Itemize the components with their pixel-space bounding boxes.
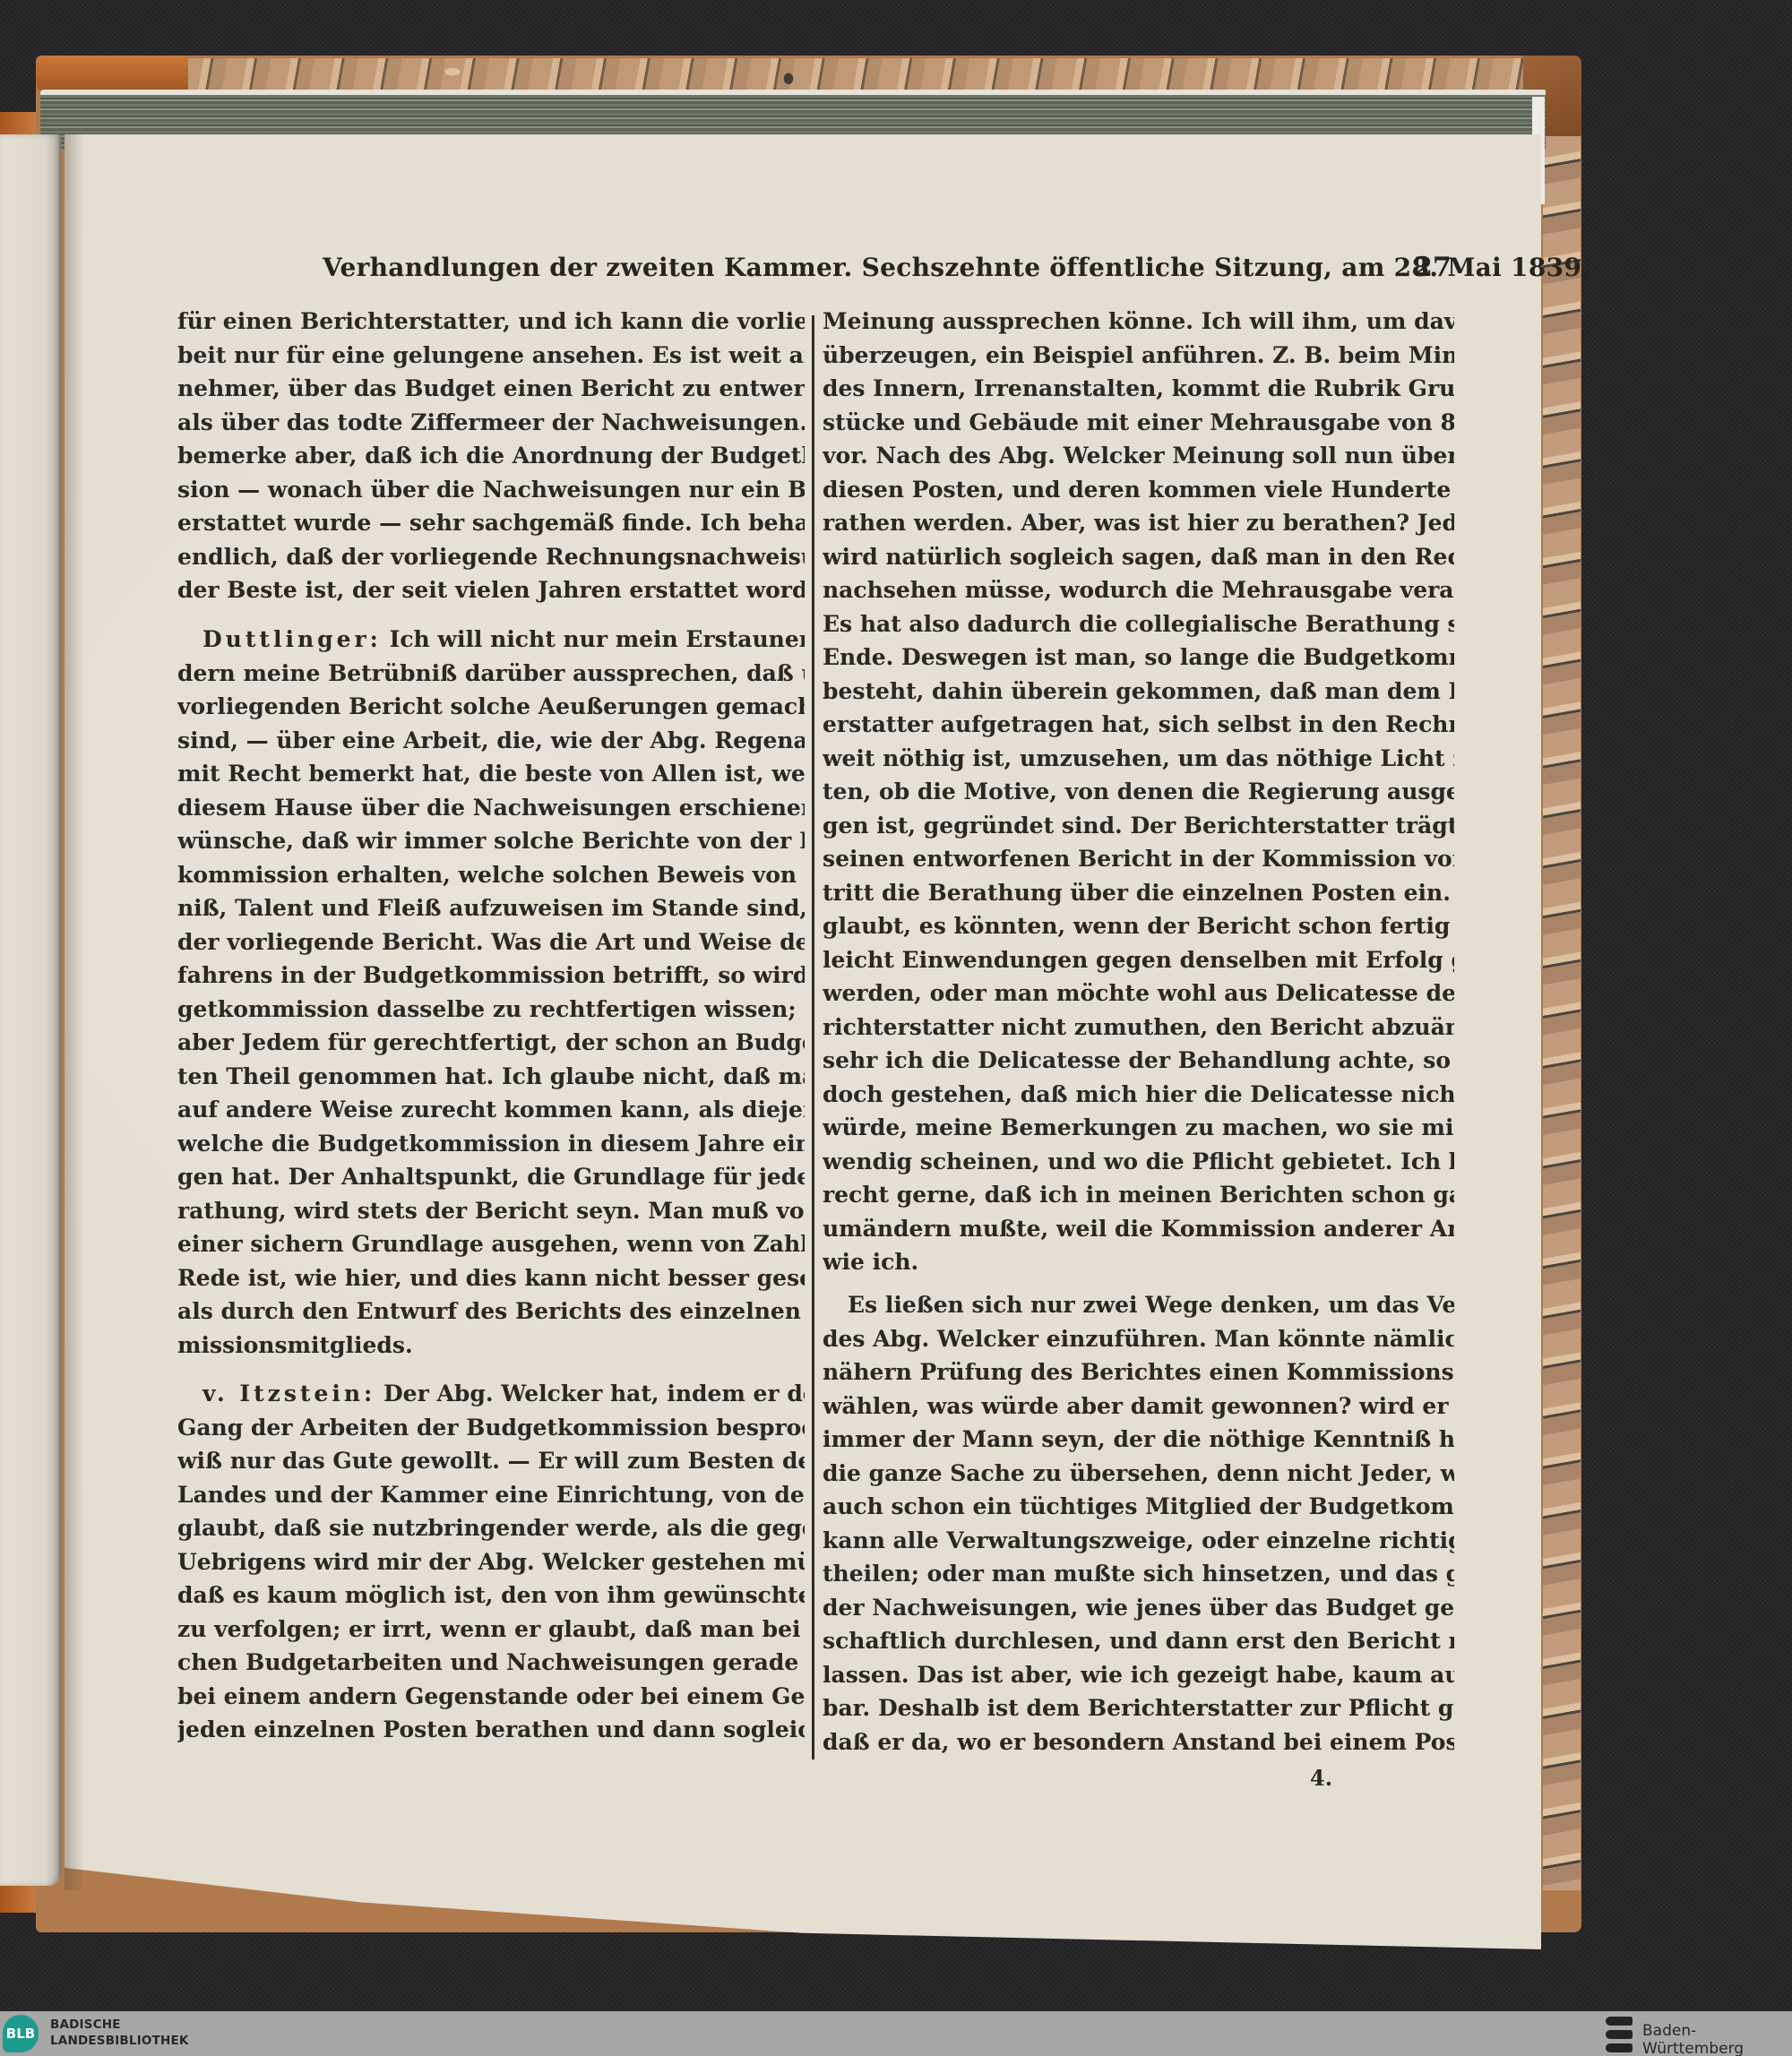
- text-line: beit nur für eine gelungene ansehen. Es …: [177, 339, 805, 372]
- text-line: kommission erhalten, welche solchen Bewe…: [177, 858, 805, 891]
- library-name-line1: BADISCHE: [50, 2017, 189, 2033]
- line-text: wiß nur das Gute gewollt. — Er will zum …: [177, 1448, 805, 1474]
- line-text: glaubt, daß sie nutzbringender werde, al…: [177, 1515, 805, 1541]
- text-line: Rede ist, wie hier, und dies kann nicht …: [177, 1261, 805, 1295]
- text-line: werden, oder man möchte wohl aus Delicat…: [823, 976, 1454, 1010]
- text-line: daß es kaum möglich ist, den von ihm gew…: [177, 1579, 805, 1612]
- text-line: Es hat also dadurch die collegialische B…: [823, 607, 1454, 641]
- text-line: chen Budgetarbeiten und Nachweisungen ge…: [177, 1646, 805, 1679]
- line-text: beit nur für eine gelungene ansehen. Es …: [177, 342, 805, 368]
- line-text: richterstatter nicht zumuthen, den Beric…: [823, 1014, 1454, 1040]
- line-text: gen hat. Der Anhaltspunkt, die Grundlage…: [177, 1164, 805, 1190]
- text-line: erstatter aufgetragen hat, sich selbst i…: [823, 708, 1454, 741]
- signature-mark: 4.: [1310, 1765, 1332, 1791]
- line-text: welche die Budgetkommission in diesem Ja…: [177, 1131, 805, 1157]
- text-line: bar. Deshalb ist dem Berichterstatter zu…: [823, 1691, 1454, 1725]
- text-line: jeden einzelnen Posten berathen und dann…: [177, 1713, 805, 1746]
- text-line: als über das todte Ziffermeer der Nachwe…: [177, 406, 805, 439]
- line-text: dern meine Betrübniß darüber aussprechen…: [177, 660, 805, 686]
- line-text: auch schon ein tüchtiges Mitglied der Bu…: [823, 1493, 1454, 1519]
- line-text: nehmer, über das Budget einen Bericht zu…: [177, 375, 805, 401]
- line-text: der Nachweisungen, wie jenes über das Bu…: [823, 1595, 1454, 1621]
- text-line: der vorliegende Bericht. Was die Art und…: [177, 925, 805, 959]
- line-text: bei einem andern Gegenstande oder bei ei…: [177, 1683, 805, 1709]
- text-line: glaubt, daß sie nutzbringender werde, al…: [177, 1511, 805, 1544]
- text-line: der Nachweisungen, wie jenes über das Bu…: [823, 1591, 1454, 1624]
- text-line: überzeugen, ein Beispiel anführen. Z. B.…: [823, 339, 1454, 372]
- text-line: diesen Posten, und deren kommen viele Hu…: [823, 473, 1454, 506]
- gutter-shadow: [65, 134, 84, 1890]
- text-line: Duttlinger: Ich will nicht nur mein Erst…: [177, 623, 805, 656]
- text-line: immer der Mann seyn, der die nöthige Ken…: [823, 1423, 1454, 1456]
- line-text: schaftlich durchlesen, und dann erst den…: [823, 1628, 1454, 1654]
- text-line: Gang der Arbeiten der Budgetkommission b…: [177, 1411, 805, 1444]
- line-text: aber Jedem für gerechtfertigt, der schon…: [177, 1029, 805, 1055]
- line-text: Landes und der Kammer eine Einrichtung, …: [177, 1482, 805, 1508]
- text-line: kann alle Verwaltungszweige, oder einzel…: [823, 1524, 1454, 1557]
- text-line: seinen entworfenen Bericht in der Kommis…: [823, 842, 1454, 875]
- text-line: schaftlich durchlesen, und dann erst den…: [823, 1624, 1454, 1657]
- line-text: der Beste ist, der seit vielen Jahren er…: [177, 577, 805, 603]
- line-text: fahrens in der Budgetkommission betrifft…: [177, 962, 805, 988]
- text-line: wünsche, daß wir immer solche Berichte v…: [177, 824, 805, 857]
- line-text: lassen. Das ist aber, wie ich gezeigt ha…: [823, 1662, 1454, 1688]
- line-text: als über das todte Ziffermeer der Nachwe…: [177, 409, 805, 435]
- text-line: des Abg. Welcker einzuführen. Man könnte…: [823, 1322, 1454, 1355]
- text-line: wiß nur das Gute gewollt. — Er will zum …: [177, 1444, 805, 1477]
- line-text: wählen, was würde aber damit gewonnen? w…: [823, 1393, 1454, 1419]
- text-line: rathen werden. Aber, was ist hier zu ber…: [823, 506, 1454, 539]
- line-text: sehr ich die Delicatesse der Behandlung …: [823, 1047, 1454, 1073]
- line-text: stücke und Gebäude mit einer Mehrausgabe…: [823, 409, 1454, 435]
- line-text: immer der Mann seyn, der die nöthige Ken…: [823, 1426, 1454, 1452]
- text-line: auch schon ein tüchtiges Mitglied der Bu…: [823, 1490, 1454, 1523]
- line-text: Es hat also dadurch die collegialische B…: [823, 611, 1454, 637]
- text-line: bei einem andern Gegenstande oder bei ei…: [177, 1680, 805, 1713]
- line-text: überzeugen, ein Beispiel anführen. Z. B.…: [823, 342, 1454, 368]
- text-line: die ganze Sache zu übersehen, denn nicht…: [823, 1457, 1454, 1490]
- text-line: aber Jedem für gerechtfertigt, der schon…: [177, 1026, 805, 1059]
- marbled-cover-top: [184, 58, 1528, 92]
- line-text: kann alle Verwaltungszweige, oder einzel…: [823, 1527, 1454, 1553]
- text-line: gen ist, gegründet sind. Der Berichterst…: [823, 809, 1454, 842]
- blb-logo-icon[interactable]: BLB: [3, 2015, 39, 2052]
- text-line: v. Itzstein: Der Abg. Welcker hat, indem…: [177, 1377, 805, 1410]
- line-text: nähern Prüfung des Berichtes einen Kommi…: [823, 1359, 1454, 1385]
- text-line: nehmer, über das Budget einen Bericht zu…: [177, 372, 805, 405]
- text-line: fahrens in der Budgetkommission betrifft…: [177, 959, 805, 992]
- text-line: wird natürlich sogleich sagen, daß man i…: [823, 540, 1454, 573]
- text-line: einer sichern Grundlage ausgehen, wenn v…: [177, 1227, 805, 1260]
- line-text: wird natürlich sogleich sagen, daß man i…: [823, 544, 1454, 570]
- text-line: wie ich.: [823, 1245, 1454, 1278]
- line-text: doch gestehen, daß mich hier die Delicat…: [823, 1081, 1454, 1107]
- text-line: wählen, was würde aber damit gewonnen? w…: [823, 1389, 1454, 1423]
- line-text: sind, — über eine Arbeit, die, wie der A…: [177, 727, 805, 753]
- speaker-name: Duttlinger:: [202, 626, 382, 652]
- text-line: diesem Hause über die Nachweisungen ersc…: [177, 791, 805, 824]
- line-text: erstattet wurde — sehr sachgemäß finde. …: [177, 510, 805, 536]
- line-text: rathung, wird stets der Bericht seyn. Ma…: [177, 1198, 805, 1224]
- line-text: Ende. Deswegen ist man, so lange die Bud…: [823, 644, 1454, 670]
- line-text: daß es kaum möglich ist, den von ihm gew…: [177, 1582, 805, 1608]
- line-text: zu verfolgen; er irrt, wenn er glaubt, d…: [177, 1616, 805, 1642]
- text-line: theilen; oder man mußte sich hinsetzen, …: [823, 1557, 1454, 1590]
- running-head: Verhandlungen der zweiten Kammer. Sechsz…: [323, 247, 1326, 288]
- text-line: als durch den Entwurf des Berichts des e…: [177, 1295, 805, 1328]
- line-text: vorliegenden Bericht solche Aeußerungen …: [177, 693, 805, 719]
- leather-corner-top-left: [36, 56, 188, 91]
- three-lions-icon: [1606, 2017, 1633, 2052]
- text-line: ten Theil genommen hat. Ich glaube nicht…: [177, 1060, 805, 1093]
- text-line: Meinung aussprechen könne. Ich will ihm,…: [823, 305, 1454, 338]
- line-text: wendig scheinen, und wo die Pflicht gebi…: [823, 1148, 1454, 1174]
- line-text: seinen entworfenen Bericht in der Kommis…: [823, 846, 1454, 872]
- text-line: sion — wonach über die Nachweisungen nur…: [177, 473, 805, 506]
- text-line: zu verfolgen; er irrt, wenn er glaubt, d…: [177, 1613, 805, 1646]
- text-line: würde, meine Bemerkungen zu machen, wo s…: [823, 1111, 1454, 1144]
- text-line: Landes und der Kammer eine Einrichtung, …: [177, 1478, 805, 1511]
- text-line: sehr ich die Delicatesse der Behandlung …: [823, 1044, 1454, 1077]
- text-line: mit Recht bemerkt hat, die beste von All…: [177, 757, 805, 790]
- text-line: weit nöthig ist, umzusehen, um das nöthi…: [823, 742, 1454, 775]
- state-name[interactable]: Baden-Württemberg: [1642, 2022, 1792, 2056]
- line-text: daß er da, wo er besondern Anstand bei e…: [823, 1729, 1454, 1755]
- library-name-line2: LANDESBIBLIOTHEK: [50, 2033, 189, 2049]
- line-text: chen Budgetarbeiten und Nachweisungen ge…: [177, 1649, 805, 1675]
- text-line: umändern mußte, weil die Kommission ande…: [823, 1212, 1454, 1245]
- line-text: endlich, daß der vorliegende Rechnungsna…: [177, 544, 805, 570]
- line-text: weit nöthig ist, umzusehen, um das nöthi…: [823, 745, 1454, 771]
- text-line: ten, ob die Motive, von denen die Regier…: [823, 775, 1454, 808]
- line-text: ten Theil genommen hat. Ich glaube nicht…: [177, 1063, 805, 1089]
- line-text: umändern mußte, weil die Kommission ande…: [823, 1216, 1454, 1242]
- line-text: vor. Nach des Abg. Welcker Meinung soll …: [823, 443, 1454, 469]
- text-line: Ende. Deswegen ist man, so lange die Bud…: [823, 641, 1454, 674]
- text-line: niß, Talent und Fleiß aufzuweisen im Sta…: [177, 891, 805, 925]
- line-text: kommission erhalten, welche solchen Bewe…: [177, 862, 805, 888]
- text-line: endlich, daß der vorliegende Rechnungsna…: [177, 540, 805, 573]
- text-line: stücke und Gebäude mit einer Mehrausgabe…: [823, 406, 1454, 439]
- line-text: Gang der Arbeiten der Budgetkommission b…: [177, 1415, 805, 1441]
- line-text: besteht, dahin überein gekommen, daß man…: [823, 678, 1454, 704]
- text-line: nachsehen müsse, wodurch die Mehrausgabe…: [823, 573, 1454, 606]
- text-line: rathung, wird stets der Bericht seyn. Ma…: [177, 1194, 805, 1227]
- line-text: einer sichern Grundlage ausgehen, wenn v…: [177, 1231, 805, 1257]
- text-line: missionsmitglieds.: [177, 1329, 805, 1362]
- text-line: glaubt, es könnten, wenn der Bericht sch…: [823, 909, 1454, 942]
- line-text: nachsehen müsse, wodurch die Mehrausgabe…: [823, 577, 1454, 603]
- line-text: werden, oder man möchte wohl aus Delicat…: [823, 980, 1454, 1006]
- column-divider: [812, 315, 814, 1759]
- line-text: sion — wonach über die Nachweisungen nur…: [177, 477, 805, 503]
- text-line: gen hat. Der Anhaltspunkt, die Grundlage…: [177, 1160, 805, 1193]
- text-line: besteht, dahin überein gekommen, daß man…: [823, 675, 1454, 708]
- text-line: welche die Budgetkommission in diesem Ja…: [177, 1127, 805, 1160]
- text-line: für einen Berichterstatter, und ich kann…: [177, 305, 805, 338]
- line-text: auf andere Weise zurecht kommen kann, al…: [177, 1097, 805, 1123]
- line-text: Meinung aussprechen könne. Ich will ihm,…: [823, 308, 1454, 334]
- text-line: vorliegenden Bericht solche Aeußerungen …: [177, 690, 805, 723]
- text-line: bemerke aber, daß ich die Anordnung der …: [177, 439, 805, 472]
- text-line: vor. Nach des Abg. Welcker Meinung soll …: [823, 439, 1454, 472]
- line-text: die ganze Sache zu übersehen, denn nicht…: [823, 1460, 1454, 1486]
- line-text: jeden einzelnen Posten berathen und dann…: [177, 1716, 805, 1742]
- speaker-name: v. Itzstein:: [202, 1381, 375, 1407]
- line-text: des Innern, Irrenanstalten, kommt die Ru…: [823, 375, 1454, 401]
- text-line: der Beste ist, der seit vielen Jahren er…: [177, 573, 805, 606]
- text-line: Es ließen sich nur zwei Wege denken, um …: [823, 1288, 1454, 1321]
- line-text: wie ich.: [823, 1249, 918, 1275]
- line-text: diesem Hause über die Nachweisungen ersc…: [177, 795, 805, 821]
- text-line: leicht Einwendungen gegen denselben mit …: [823, 943, 1454, 976]
- line-text: der vorliegende Bericht. Was die Art und…: [177, 929, 805, 955]
- marbled-cover-right: [1543, 134, 1581, 1890]
- line-text: für einen Berichterstatter, und ich kann…: [177, 308, 805, 334]
- text-line: auf andere Weise zurecht kommen kann, al…: [177, 1093, 805, 1126]
- line-text: Ich will nicht nur mein Erstaunen son=: [382, 626, 805, 652]
- text-line: getkommission dasselbe zu rechtfertigen …: [177, 993, 805, 1026]
- text-line: tritt die Berathung über die einzelnen P…: [823, 876, 1454, 909]
- line-text: diesen Posten, und deren kommen viele Hu…: [823, 477, 1454, 503]
- line-text: Der Abg. Welcker hat, indem er den: [375, 1381, 805, 1407]
- text-line: Uebrigens wird mir der Abg. Welcker gest…: [177, 1545, 805, 1579]
- line-text: getkommission dasselbe zu rechtfertigen …: [177, 996, 805, 1022]
- text-line: recht gerne, daß ich in meinen Berichten…: [823, 1178, 1454, 1211]
- line-text: theilen; oder man mußte sich hinsetzen, …: [823, 1561, 1454, 1587]
- text-line: lassen. Das ist aber, wie ich gezeigt ha…: [823, 1658, 1454, 1691]
- viewer-footer-bar: BLB BADISCHE LANDESBIBLIOTHEK Baden-Würt…: [0, 2011, 1792, 2056]
- line-text: würde, meine Bemerkungen zu machen, wo s…: [823, 1114, 1454, 1140]
- text-line: nähern Prüfung des Berichtes einen Kommi…: [823, 1355, 1454, 1389]
- line-text: des Abg. Welcker einzuführen. Man könnte…: [823, 1326, 1454, 1352]
- verso-page-edge: [0, 134, 61, 1886]
- text-line: dern meine Betrübniß darüber aussprechen…: [177, 657, 805, 690]
- line-text: als durch den Entwurf des Berichts des e…: [177, 1298, 805, 1324]
- text-line: doch gestehen, daß mich hier die Delicat…: [823, 1078, 1454, 1111]
- page-number: 27: [1414, 247, 1452, 288]
- line-text: erstatter aufgetragen hat, sich selbst i…: [823, 711, 1454, 737]
- line-text: Rede ist, wie hier, und dies kann nicht …: [177, 1265, 805, 1291]
- line-text: glaubt, es könnten, wenn der Bericht sch…: [823, 913, 1454, 939]
- line-text: tritt die Berathung über die einzelnen P…: [823, 880, 1454, 906]
- text-line: erstattet wurde — sehr sachgemäß finde. …: [177, 506, 805, 539]
- text-line: des Innern, Irrenanstalten, kommt die Ru…: [823, 372, 1454, 405]
- line-text: mit Recht bemerkt hat, die beste von All…: [177, 761, 805, 787]
- library-name[interactable]: BADISCHE LANDESBIBLIOTHEK: [50, 2017, 189, 2049]
- text-line: wendig scheinen, und wo die Pflicht gebi…: [823, 1145, 1454, 1178]
- text-line: daß er da, wo er besondern Anstand bei e…: [823, 1725, 1454, 1759]
- line-text: ten, ob die Motive, von denen die Regier…: [823, 779, 1454, 804]
- line-text: rathen werden. Aber, was ist hier zu ber…: [823, 510, 1454, 536]
- line-text: bemerke aber, daß ich die Anordnung der …: [177, 443, 805, 469]
- line-text: wünsche, daß wir immer solche Berichte v…: [177, 828, 805, 854]
- line-text: recht gerne, daß ich in meinen Berichten…: [823, 1182, 1454, 1208]
- line-text: bar. Deshalb ist dem Berichterstatter zu…: [823, 1695, 1454, 1721]
- line-text: leicht Einwendungen gegen denselben mit …: [823, 947, 1454, 973]
- line-text: gen ist, gegründet sind. Der Berichterst…: [823, 813, 1454, 839]
- line-text: missionsmitglieds.: [177, 1332, 413, 1358]
- line-text: niß, Talent und Fleiß aufzuweisen im Sta…: [177, 895, 805, 921]
- text-line: sind, — über eine Arbeit, die, wie der A…: [177, 724, 805, 757]
- text-line: richterstatter nicht zumuthen, den Beric…: [823, 1011, 1454, 1044]
- line-text: Uebrigens wird mir der Abg. Welcker gest…: [177, 1549, 805, 1575]
- line-text: Es ließen sich nur zwei Wege denken, um …: [848, 1292, 1454, 1318]
